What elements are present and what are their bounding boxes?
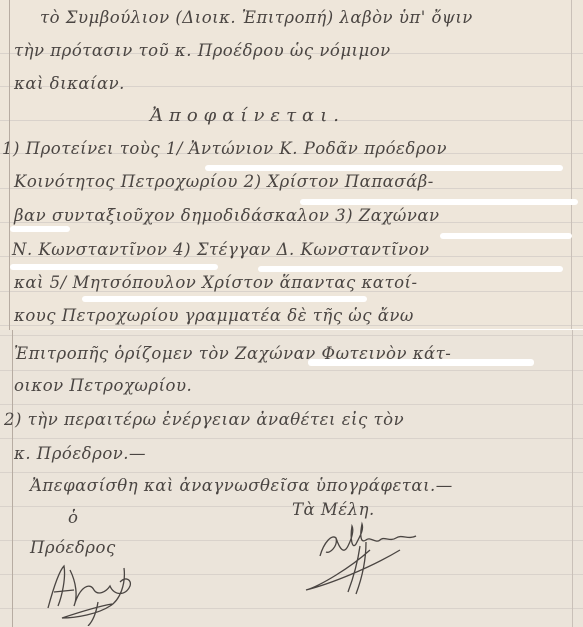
doc-line-6: Κοινότητος Πετροχωρίου 2) Χρίστον Παπασά… (14, 172, 434, 191)
doc-line-12: οικον Πετροχωρίου. (14, 376, 192, 395)
doc-line-7: βαν συνταξιοῦχον δημοδιδάσκαλον 3) Ζαχών… (14, 206, 440, 225)
signature-members-title: Τὰ Μέλη. (292, 500, 375, 519)
redaction-mark (300, 199, 578, 205)
doc-line-15: Ἀπεφασίσθη καὶ ἀναγνωσθεῖσα ὑπογράφεται.… (30, 476, 453, 495)
doc-line-14: κ. Πρόεδρον.— (14, 444, 146, 463)
doc-line-9: καὶ 5/ Μητσόπουλον Χρίστον ἅπαντας κατοί… (14, 273, 418, 292)
redaction-mark (10, 226, 70, 232)
doc-line-8: Ν. Κωνσταντῖνον 4) Στέγγαν Δ. Κωνσταντῖν… (12, 240, 429, 259)
redaction-mark (205, 165, 563, 171)
redaction-mark (440, 233, 572, 239)
redaction-mark (10, 264, 218, 270)
doc-line-10: κους Πετροχωρίου γραμματέα δὲ τῆς ὡς ἄνω (14, 306, 414, 325)
redaction-mark (308, 359, 534, 366)
doc-line-1: τὸ Συμβούλιον (Διοικ. Ἐπιτροπή) λαβὸν ὑπ… (40, 8, 473, 27)
doc-line-3: καὶ δικαίαν. (14, 74, 125, 93)
doc-line-5: 1) Προτείνει τοὺς 1/ Ἀντώνιον Κ. Ροδᾶν π… (2, 139, 447, 158)
member-signature (300, 520, 450, 600)
signature-title-article: ὁ (68, 508, 78, 527)
document-photo-bottom: Ἐπιτροπῆς ὁρίζομεν τὸν Ζαχώναν Φωτεινὸν … (0, 330, 583, 627)
president-signature (40, 556, 150, 626)
doc-line-13: 2) τὴν περαιτέρω ἐνέργειαν ἀναθέτει εἰς … (4, 410, 404, 429)
document-photo-top: τὸ Συμβούλιον (Διοικ. Ἐπιτροπή) λαβὸν ὑπ… (0, 0, 583, 330)
doc-heading-apofainetai: Ἀποφαίνεται. (150, 105, 345, 126)
redaction-mark (82, 296, 367, 302)
redaction-mark (258, 266, 563, 272)
doc-line-2: τὴν πρότασιν τοῦ κ. Προέδρου ὡς νόμιμον (14, 41, 391, 60)
signature-president-title: Πρόεδρος (30, 538, 116, 557)
